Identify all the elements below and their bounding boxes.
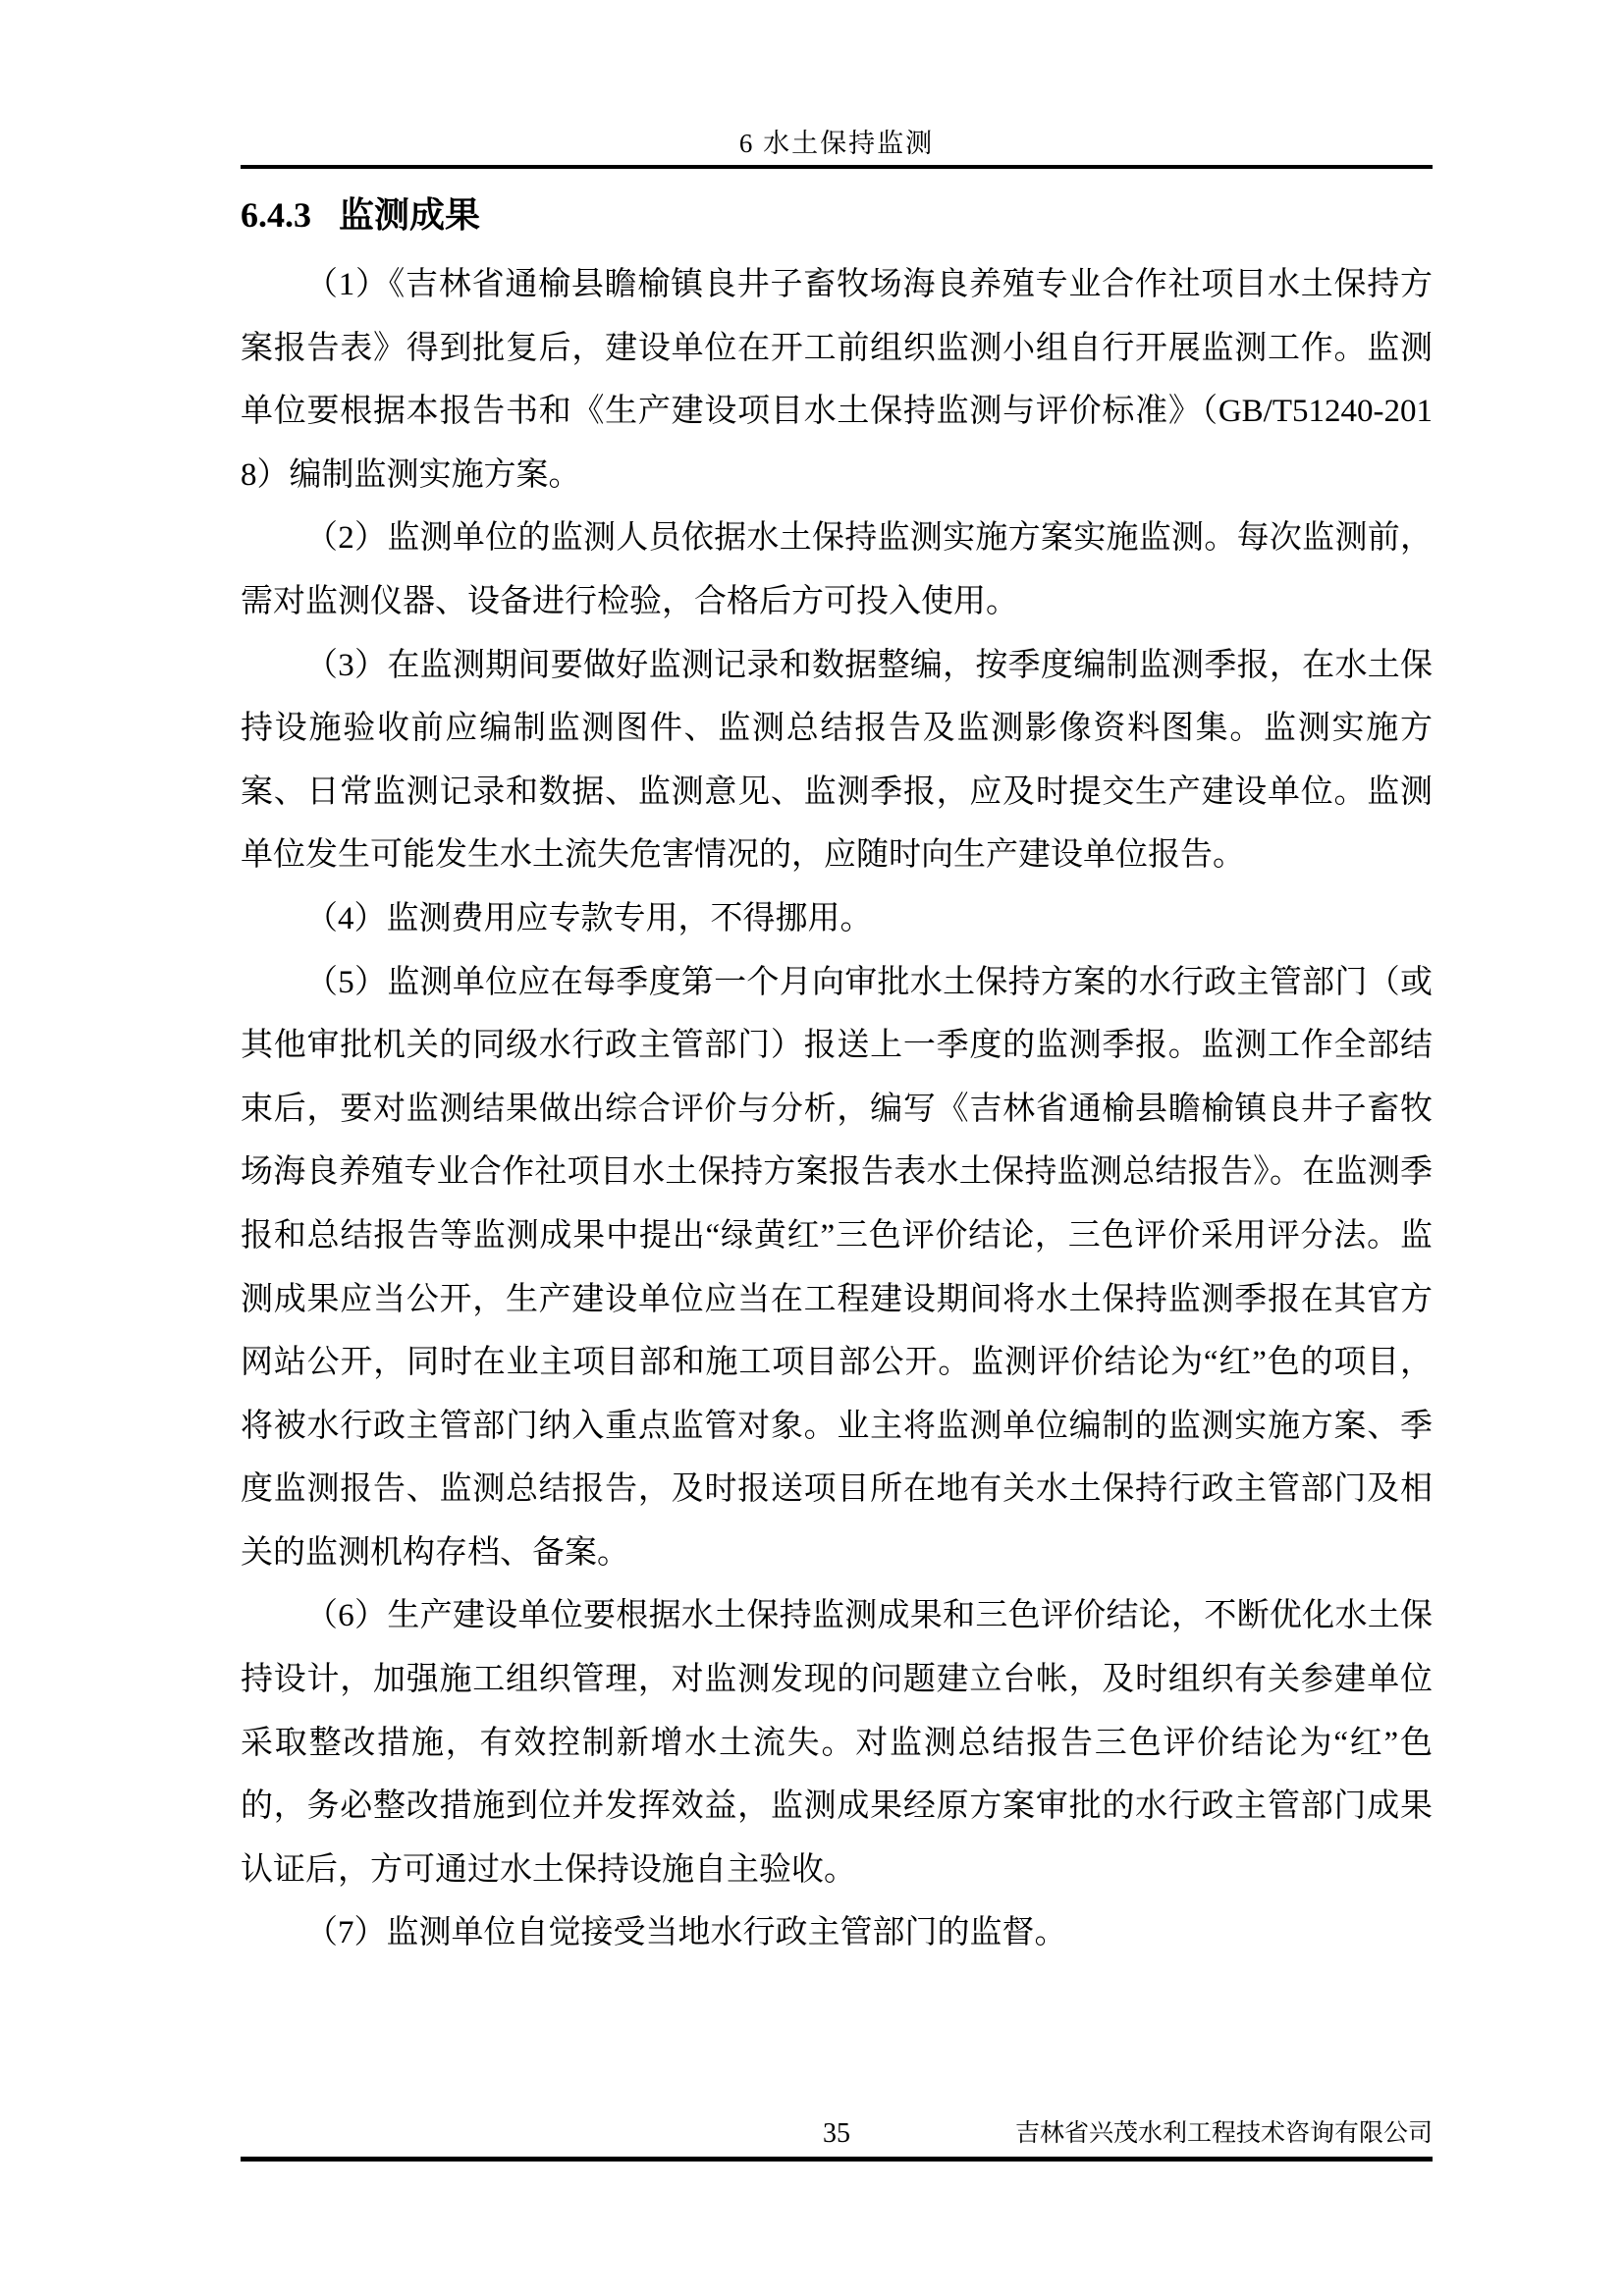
header-chapter-title: 6 水土保持监测 bbox=[241, 128, 1433, 159]
section-heading: 6.4.3监测成果 bbox=[241, 194, 1433, 236]
content-column: 6 水土保持监测 6.4.3监测成果 （1）《吉林省通榆县瞻榆镇良井子畜牧场海良… bbox=[241, 0, 1433, 1965]
page-header: 6 水土保持监测 bbox=[241, 0, 1433, 169]
paragraph: （3）在监测期间要做好监测记录和数据整编，按季度编制监测季报，在水土保持设施验收… bbox=[241, 634, 1433, 887]
document-page: 6 水土保持监测 6.4.3监测成果 （1）《吉林省通榆县瞻榆镇良井子畜牧场海良… bbox=[0, 0, 1624, 2296]
paragraph: （5）监测单位应在每季度第一个月向审批水土保持方案的水行政主管部门（或其他审批机… bbox=[241, 951, 1433, 1585]
paragraph: （1）《吉林省通榆县瞻榆镇良井子畜牧场海良养殖专业合作社项目水土保持方案报告表》… bbox=[241, 253, 1433, 507]
footer-company-name: 吉林省兴茂水利工程技术咨询有限公司 bbox=[1015, 2116, 1433, 2152]
section-number: 6.4.3 bbox=[241, 195, 311, 235]
section-title: 监测成果 bbox=[339, 195, 480, 235]
paragraphs: （1）《吉林省通榆县瞻榆镇良井子畜牧场海良养殖专业合作社项目水土保持方案报告表》… bbox=[241, 253, 1433, 1965]
paragraph: （7）监测单位自觉接受当地水行政主管部门的监督。 bbox=[241, 1901, 1433, 1965]
page-footer: 35 吉林省兴茂水利工程技术咨询有限公司 bbox=[241, 2116, 1433, 2162]
paragraph: （6）生产建设单位要根据水土保持监测成果和三色评价结论，不断优化水土保持设计，加… bbox=[241, 1584, 1433, 1901]
footer-row: 35 吉林省兴茂水利工程技术咨询有限公司 bbox=[241, 2116, 1433, 2152]
paragraph: （2）监测单位的监测人员依据水土保持监测实施方案实施监测。每次监测前，需对监测仪… bbox=[241, 507, 1433, 633]
paragraph: （4）监测费用应专款专用，不得挪用。 bbox=[241, 887, 1433, 951]
